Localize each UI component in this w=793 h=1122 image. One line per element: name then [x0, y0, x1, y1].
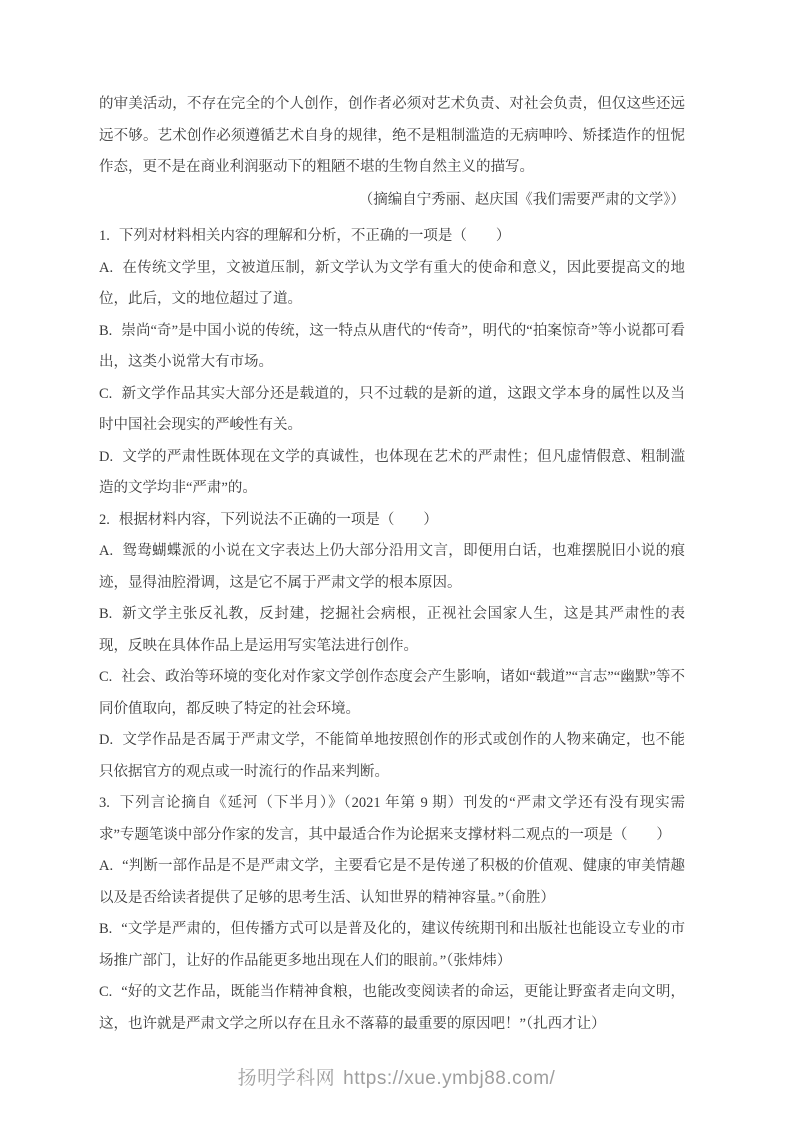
option-label: D.	[99, 732, 113, 748]
reading-passage: 的审美活动，不存在完全的个人创作，创作者必须对艺术负责、对社会负责，但仅这些还远…	[99, 89, 685, 1040]
question-3-option-a: A.“判断一部作品是不是严肃文学，主要看它是不是传递了积极的价值观、健康的审美情…	[99, 851, 685, 914]
question-1-option-a: A.在传统文学里，文被道压制，新文学认为文学有重大的使命和意义，因此要提高文的地…	[99, 253, 685, 316]
question-2-text: 根据材料内容，下列说法不正确的一项是（ ）	[119, 512, 438, 528]
passage-citation: （摘编自宁秀丽、赵庆国《我们需要严肃的文学》）	[99, 185, 685, 217]
option-label: A.	[99, 543, 113, 559]
question-1-text: 下列对材料相关内容的理解和分析，不正确的一项是（ ）	[119, 228, 511, 244]
question-1-option-b: B.崇尚“奇”是中国小说的传统，这一特点从唐代的“传奇”，明代的“拍案惊奇”等小…	[99, 316, 685, 379]
option-label: B.	[99, 921, 112, 937]
question-3-option-b: B.“文学是严肃的，但传播方式可以是普及化的，建议传统期刊和出版社也能设立专业的…	[99, 914, 685, 977]
option-label: B.	[99, 323, 112, 339]
option-text: 文学作品是否属于严肃文学，不能简单地按照创作的形式或创作的人物来确定，也不能只依…	[99, 732, 685, 780]
option-text: 崇尚“奇”是中国小说的传统，这一特点从唐代的“传奇”，明代的“拍案惊奇”等小说都…	[99, 323, 685, 371]
option-text: 鸳鸯蝴蝶派的小说在文字表达上仍大部分沿用文言，即便用白话，也难摆脱旧小说的痕迹，…	[99, 543, 685, 591]
option-label: C.	[99, 669, 112, 685]
option-label: D.	[99, 449, 113, 465]
watermark: 扬明学科网https://xue.ymbj88.com/	[0, 1063, 793, 1090]
option-label: A.	[99, 260, 113, 276]
question-2-option-a: A.鸳鸯蝴蝶派的小说在文字表达上仍大部分沿用文言，即便用白话，也难摆脱旧小说的痕…	[99, 536, 685, 599]
option-text: “判断一部作品是不是严肃文学，主要看它是不是传递了积极的价值观、健康的审美情趣以…	[99, 858, 685, 906]
option-label: C.	[99, 386, 112, 402]
question-2-option-d: D.文学作品是否属于严肃文学，不能简单地按照创作的形式或创作的人物来确定，也不能…	[99, 725, 685, 788]
option-text: 社会、政治等环境的变化对作家文学创作态度会产生影响，诸如“载道”“言志”“幽默”…	[99, 669, 685, 717]
question-2-number: 2.	[99, 512, 110, 528]
option-label: B.	[99, 606, 112, 622]
question-2-option-b: B.新文学主张反礼教，反封建，挖掘社会病根，正视社会国家人生，这是其严肃性的表现…	[99, 599, 685, 662]
option-text: 文学的严肃性既体现在文学的真诚性，也体现在艺术的严肃性；但凡虚情假意、粗制滥造的…	[99, 449, 685, 497]
option-label: C.	[99, 984, 112, 1000]
question-2-stem: 2.根据材料内容，下列说法不正确的一项是（ ）	[99, 505, 685, 537]
option-text: 在传统文学里，文被道压制，新文学认为文学有重大的使命和意义，因此要提高文的地位，…	[99, 260, 685, 308]
question-1-number: 1.	[99, 228, 110, 244]
watermark-site-name: 扬明学科网	[238, 1068, 336, 1089]
question-3-stem: 3.下列言论摘自《延河（下半月）》（2021 年第 9 期）刊发的“严肃文学还有…	[99, 788, 685, 851]
option-text: “好的文艺作品，既能当作精神食粮，也能改变阅读者的命运，更能让野蛮者走向文明，这…	[99, 984, 685, 1032]
passage-paragraph: 的审美活动，不存在完全的个人创作，创作者必须对艺术负责、对社会负责，但仅这些还远…	[99, 89, 685, 184]
question-1-option-d: D.文学的严肃性既体现在文学的真诚性，也体现在艺术的严肃性；但凡虚情假意、粗制滥…	[99, 442, 685, 505]
option-text: 新文学主张反礼教，反封建，挖掘社会病根，正视社会国家人生，这是其严肃性的表现，反…	[99, 606, 685, 654]
question-1-option-c: C.新文学作品其实大部分还是载道的，只不过载的是新的道，这跟文学本身的属性以及当…	[99, 379, 685, 442]
document-page: 的审美活动，不存在完全的个人创作，创作者必须对艺术负责、对社会负责，但仅这些还远…	[0, 0, 793, 1122]
question-3-option-c: C.“好的文艺作品，既能当作精神食粮，也能改变阅读者的命运，更能让野蛮者走向文明…	[99, 977, 685, 1040]
option-text: “文学是严肃的，但传播方式可以是普及化的，建议传统期刊和出版社也能设立专业的市场…	[99, 921, 685, 969]
question-3-text: 下列言论摘自《延河（下半月）》（2021 年第 9 期）刊发的“严肃文学还有没有…	[99, 795, 685, 843]
option-label: A.	[99, 858, 113, 874]
watermark-site-url: https://xue.ymbj88.com/	[343, 1068, 555, 1089]
question-3-number: 3.	[99, 795, 110, 811]
question-1-stem: 1.下列对材料相关内容的理解和分析，不正确的一项是（ ）	[99, 221, 685, 253]
question-2-option-c: C.社会、政治等环境的变化对作家文学创作态度会产生影响，诸如“载道”“言志”“幽…	[99, 662, 685, 725]
option-text: 新文学作品其实大部分还是载道的，只不过载的是新的道，这跟文学本身的属性以及当时中…	[99, 386, 685, 434]
